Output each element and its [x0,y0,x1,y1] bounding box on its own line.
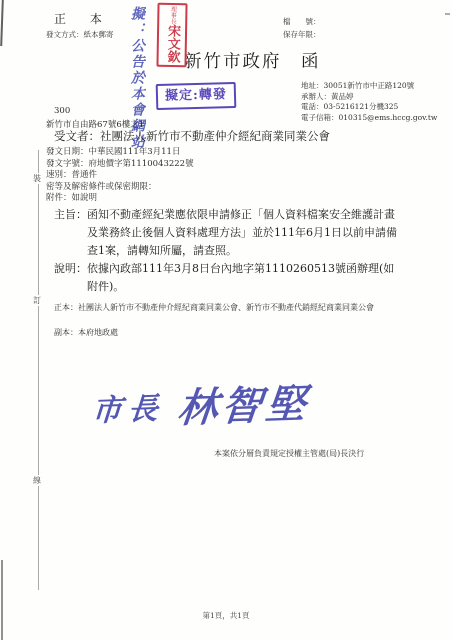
document-title: 新竹市政府 函 [184,48,321,73]
retention-period-label: 保存年限： [283,29,321,40]
carbon-copy-paragraph: 副本： 本府地政處 [54,327,118,338]
sender-contact-person: 承辦人：黃品婷 [301,92,437,103]
security-class: 密等及解密條件或保密期限： [46,182,194,194]
original-copy-text: 社團法人新竹市不動產仲介經紀商業同業公會、新竹市不動產代銷經紀商業同業公會 [78,302,398,313]
binding-line [38,150,39,590]
carbon-copy-label: 副本： [54,327,78,338]
sender-phone: 電話：03-5216121分機325 [301,102,437,113]
sender-email: 電子信箱：010315@ems.hccg.gov.tw [301,113,437,124]
binding-mark-xian: 線 [30,475,44,486]
description-paragraph: 說明： 依據內政部111年3月8日台內地字第1110260513號函辦理(如附件… [54,260,397,296]
chairman-seal-title: 理事長 [168,6,176,24]
description-label: 說明： [54,260,87,278]
mayor-title: 市長 [91,383,166,430]
delivery-method-label: 發文方式：紙本郵寄 [46,29,114,40]
original-copy-paragraph: 正本： 社團法人新竹市不動產仲介經紀商業同業公會、新竹市不動產代銷經紀商業同業公… [54,302,398,313]
document-meta-block: 發文日期：中華民國111年3月11日 發文字號：府地價字第1110043222號… [46,147,194,205]
recipient-zip: 300 [54,106,70,116]
document-number: 發文字號：府地價字第1110043222號 [46,159,194,171]
chairman-seal-stamp: 理事長 宋文欽 [156,3,187,68]
issue-date: 發文日期：中華民國111年3月11日 [46,147,194,159]
subject-text: 函知不動產經紀業應依限申請修正「個人資料檔案安全維護計畫及業務終止後個人資料處理… [87,206,397,260]
carbon-copy-text: 本府地政處 [78,327,118,338]
speed-class: 速別：普通件 [46,170,194,182]
description-text: 依據內政部111年3月8日台內地字第1110260513號函辦理(如附件)。 [87,260,397,296]
official-letter-page: 裝 訂 線 正 本 發文方式：紙本郵寄 檔 號： 保存年限： 新竹市政府 函 擬… [0,0,452,640]
sender-contact-block: 地址：30051新竹市中正路120號 承辦人：黃品婷 電話：03-5216121… [301,81,437,123]
attachment-note: 附件：如說明 [46,193,194,205]
scan-mark-artifact [445,13,450,15]
binding-mark-zhuang: 裝 [30,173,44,184]
subject-label: 主旨： [54,206,87,224]
chairman-seal-name: 宋文欽 [165,24,180,63]
subject-paragraph: 主旨： 函知不動產經紀業應依限申請修正「個人資料檔案安全維護計畫及業務終止後個人… [54,206,397,260]
sender-address: 地址：30051新竹市中正路120號 [301,81,437,92]
original-copy-label: 正本： [54,302,78,313]
page-number: 第1頁，共1頁 [0,610,452,621]
recipient-line: 受文者：社團法人新竹市不動產仲介經紀商業同業公會 [54,128,330,144]
copy-type-label: 正 本 [54,10,112,27]
approval-stamp: 擬定:轉發 [156,82,237,110]
binding-mark-ding: 訂 [30,295,44,306]
authorization-note: 本案依分層負責規定授權主管處(局)長決行 [214,448,364,459]
mayor-signature: 市長 林智堅 [91,363,373,443]
file-number-label: 檔 號： [283,16,321,27]
scan-edge-artifact [1,560,3,640]
scan-edge-artifact [0,0,4,46]
mayor-name: 林智堅 [175,372,313,434]
